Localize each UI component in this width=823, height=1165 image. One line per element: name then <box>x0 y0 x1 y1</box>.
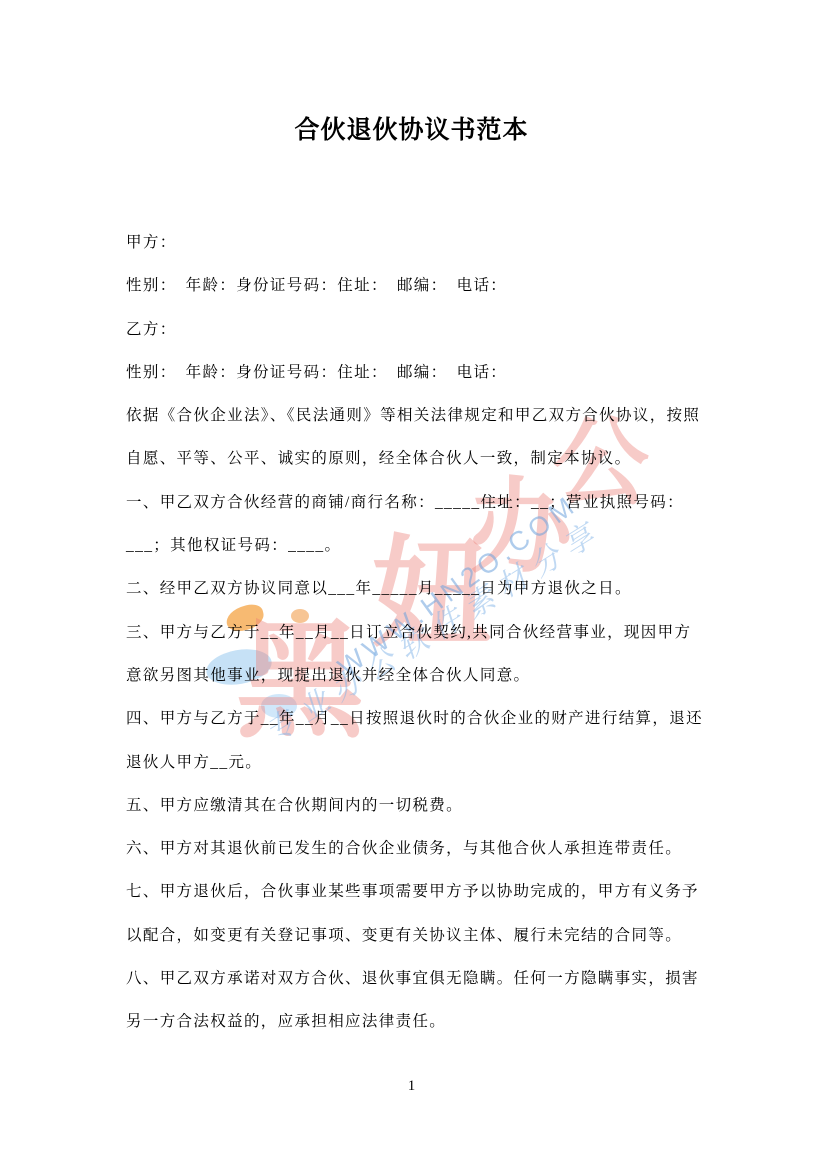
doc-line-clause-3a: 三、甲方与乙方于__年__月__日订立合伙契约,共同合伙经营事业，现因甲方 <box>126 611 823 654</box>
doc-line-clause-7a: 七、甲方退伙后，合伙事业某些事项需要甲方予以协助完成的，甲方有义务予 <box>126 870 823 913</box>
document-body: 甲方： 性别： 年龄：身份证号码：住址： 邮编： 电话： 乙方： 性别： 年龄：… <box>126 221 823 1044</box>
page-number: 1 <box>0 1078 823 1095</box>
doc-line-clause-8a: 八、甲乙双方承诺对双方合伙、退伙事宜俱无隐瞒。任何一方隐瞒事实，损害 <box>126 957 823 1000</box>
doc-line-party-b: 乙方： <box>126 308 823 351</box>
doc-line-clause-3b: 意欲另图其他事业，现提出退伙并经全体合伙人同意。 <box>126 654 823 697</box>
doc-line-clause-2: 二、经甲乙双方协议同意以___年_____月_____日为甲方退伙之日。 <box>126 567 823 610</box>
doc-line-party-b-info: 性别： 年龄：身份证号码：住址： 邮编： 电话： <box>126 351 823 394</box>
doc-line-clause-1a: 一、甲乙双方合伙经营的商铺/商行名称：_____住址：__；营业执照号码： <box>126 481 823 524</box>
doc-line-preamble-2: 自愿、平等、公平、诚实的原则，经全体合伙人一致，制定本协议。 <box>126 437 823 480</box>
doc-line-party-a-info: 性别： 年龄：身份证号码：住址： 邮编： 电话： <box>126 264 823 307</box>
doc-line-clause-4a: 四、甲方与乙方于__年__月__日按照退伙时的合伙企业的财产进行结算，退还 <box>126 697 823 740</box>
doc-line-clause-6: 六、甲方对其退伙前已发生的合伙企业债务，与其他合伙人承担连带责任。 <box>126 827 823 870</box>
doc-line-preamble-1: 依据《合伙企业法》、《民法通则》等相关法律规定和甲乙双方合伙协议，按照 <box>126 394 823 437</box>
doc-line-clause-4b: 退伙人甲方__元。 <box>126 741 823 784</box>
doc-line-clause-8b: 另一方合法权益的，应承担相应法律责任。 <box>126 1000 823 1043</box>
doc-line-clause-5: 五、甲方应缴清其在合伙期间内的一切税费。 <box>126 784 823 827</box>
doc-line-clause-1b: ___；其他权证号码：____。 <box>126 524 823 567</box>
doc-line-clause-7b: 以配合，如变更有关登记事项、变更有关协议主体、履行未完结的合同等。 <box>126 914 823 957</box>
document-title: 合伙退伙协议书范本 <box>0 110 823 146</box>
doc-line-party-a: 甲方： <box>126 221 823 264</box>
document-page: 黑 妞 办 公 WWW.HN2O.COM 专业办公软件素材分享 合伙退伙协议书范… <box>0 0 823 1165</box>
